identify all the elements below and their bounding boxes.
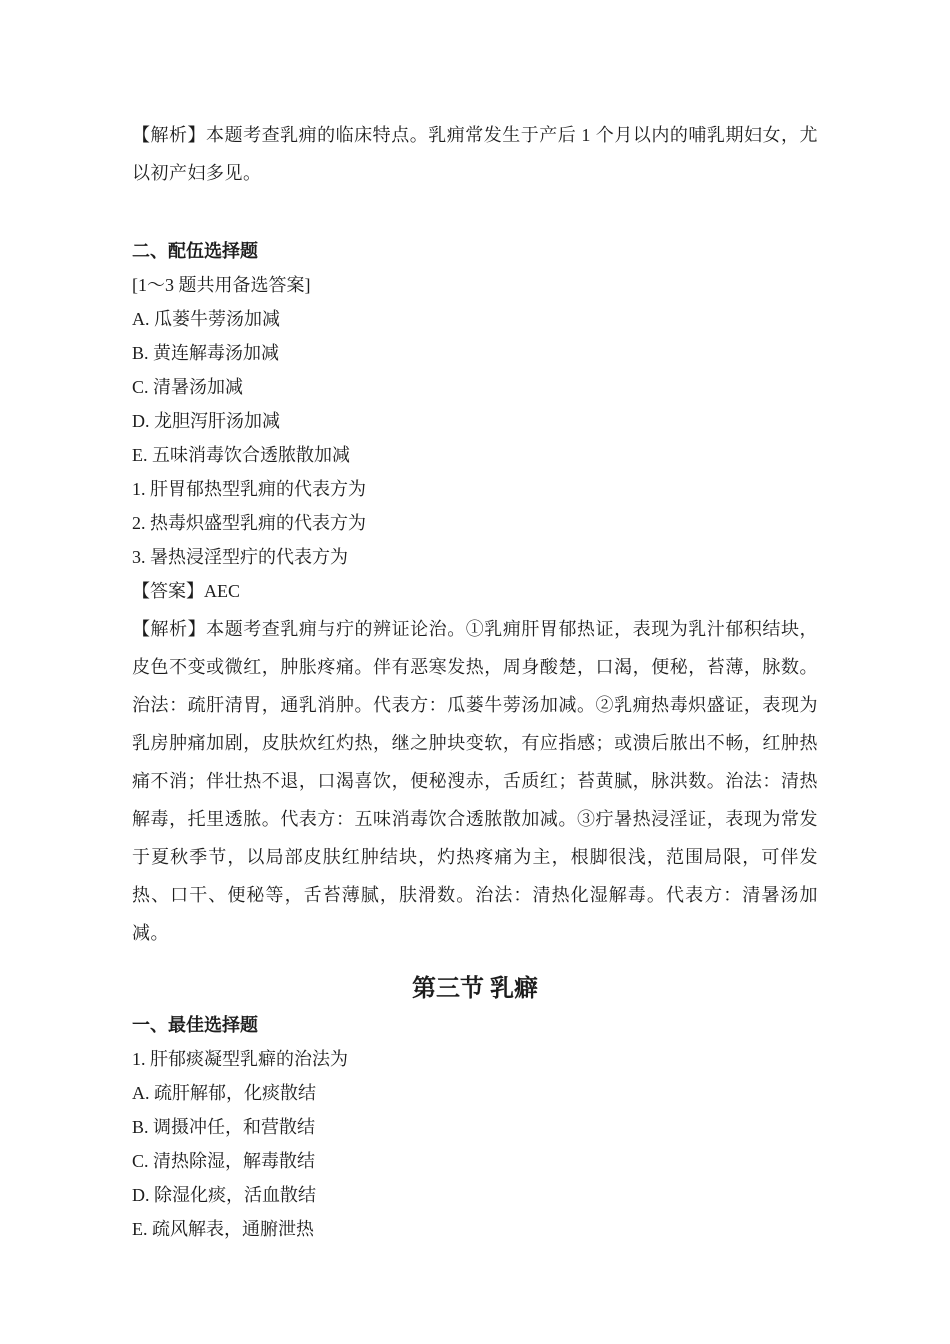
- matching-option-b: B. 黄连解毒汤加减: [132, 336, 818, 370]
- matching-question-1: 1. 肝胃郁热型乳痈的代表方为: [132, 472, 818, 506]
- shared-answers-note: [1～3 题共用备选答案]: [132, 268, 818, 302]
- matching-section-heading: 二、配伍选择题: [132, 234, 818, 268]
- best-choice-question-1: 1. 肝郁痰凝型乳癖的治法为: [132, 1042, 818, 1076]
- matching-question-3: 3. 暑热浸淫型疔的代表方为: [132, 540, 818, 574]
- best-choice-option-a: A. 疏肝解郁，化痰散结: [132, 1076, 818, 1110]
- best-choice-option-e: E. 疏风解表，通腑泄热: [132, 1212, 818, 1246]
- best-choice-option-b: B. 调摄冲任，和营散结: [132, 1110, 818, 1144]
- matching-option-e: E. 五味消毒饮合透脓散加减: [132, 438, 818, 472]
- best-choice-heading: 一、最佳选择题: [132, 1008, 818, 1042]
- section-title: 第三节 乳癖: [132, 970, 818, 1008]
- matching-option-d: D. 龙胆泻肝汤加减: [132, 404, 818, 438]
- matching-option-c: C. 清暑汤加减: [132, 370, 818, 404]
- best-choice-option-d: D. 除湿化痰，活血散结: [132, 1178, 818, 1212]
- matching-option-a: A. 瓜蒌牛蒡汤加减: [132, 302, 818, 336]
- document-page: 【解析】本题考查乳痈的临床特点。乳痈常发生于产后 1 个月以内的哺乳期妇女，尤以…: [0, 0, 950, 1344]
- matching-question-2: 2. 热毒炽盛型乳痈的代表方为: [132, 506, 818, 540]
- explanation-paragraph-2: 【解析】本题考查乳痈与疔的辨证论治。①乳痈肝胃郁热证，表现为乳汁郁积结块，皮色不…: [132, 610, 818, 952]
- document-content: 【解析】本题考查乳痈的临床特点。乳痈常发生于产后 1 个月以内的哺乳期妇女，尤以…: [132, 0, 818, 1246]
- explanation-paragraph-1: 【解析】本题考查乳痈的临床特点。乳痈常发生于产后 1 个月以内的哺乳期妇女，尤以…: [132, 116, 818, 192]
- matching-answer: 【答案】AEC: [132, 574, 818, 608]
- best-choice-option-c: C. 清热除湿，解毒散结: [132, 1144, 818, 1178]
